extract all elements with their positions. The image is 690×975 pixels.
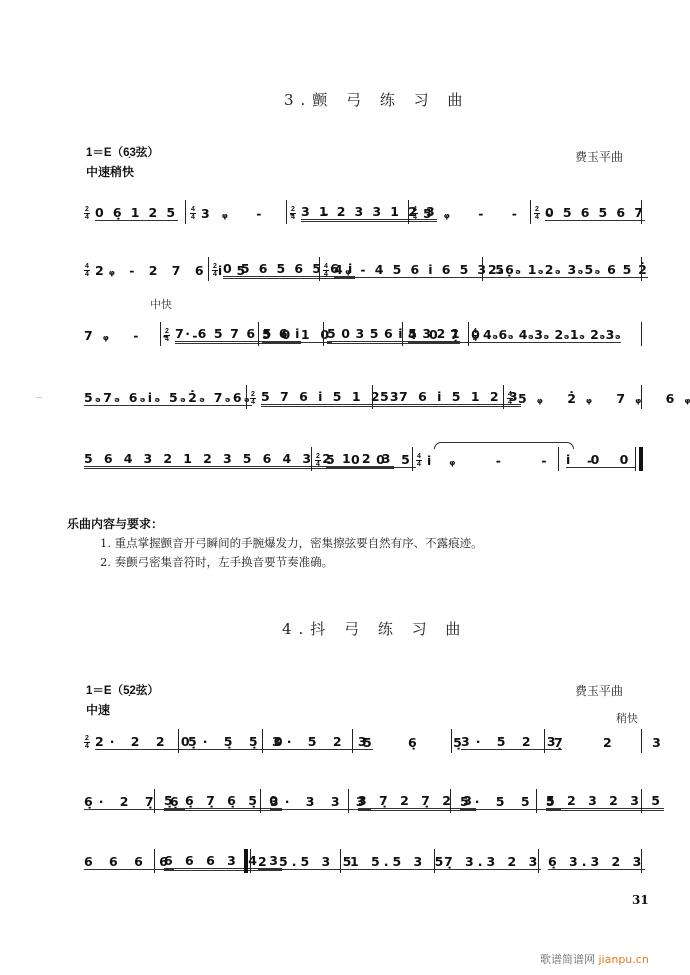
piece3-composer: 费玉平曲 [575,148,623,165]
notes: 0 5 6 5 6 7 [545,205,645,221]
barline [412,447,413,471]
notes: 3· 5 2 3 [461,734,562,750]
notes: 5 2 3 2 3 5 [546,793,664,811]
barline [451,729,452,753]
barline [538,849,539,873]
piece4-title: 4.抖 弓 练 习 曲 [282,618,467,639]
barline [402,322,403,346]
barline [154,849,155,873]
barline [154,789,155,813]
repeat-barline-thin [250,849,251,873]
time-signature: 24 [84,206,90,221]
notes: 5ₔ7ₔ 6ₔiₔ 5ₔ2̇ₔ 7ₔ6ₔ [84,390,252,406]
barline [536,789,537,813]
piece3-title: 3.颤 弓 练 习 曲 [284,89,469,110]
barline [468,322,469,346]
time-signature: 44 [416,453,422,468]
measure: i 0 0 [566,445,636,475]
notes: 4ᵩ - 4 5 6 i 6 5 3 5 [334,262,506,278]
piece3-line-3: 7ᵩ - - - 24 7· 6 5 7 6 5 6 i 5 0 1 0 5 0… [78,320,644,350]
barline [503,385,504,409]
tempo-change-marking: 稍快 [616,710,638,726]
barline [260,789,261,813]
time-signature: 44 [412,206,418,221]
barline [208,257,209,281]
barline [641,849,642,873]
barline [408,200,409,224]
time-signature: 44 [190,206,196,221]
barline [323,322,324,346]
notes: 5 0 1 0 [262,327,332,343]
barline [286,200,287,224]
notes: 5 0 0 5 [326,452,416,468]
time-signature: 24 [164,328,170,343]
barline [178,729,179,753]
final-barline-thick [639,447,643,471]
barline [372,385,373,409]
time-signature: 44 [507,391,513,406]
measure: 5 7 6 i 5 1 2 3 [380,383,521,413]
notes: 6̣ 3.3 2 3 [548,854,645,870]
barline [262,729,263,753]
watermark-url: jianpu.cn [599,953,649,966]
measure: 24 0 5 6 5 6 7 [534,198,645,228]
time-signature: 24 [534,206,540,221]
measure: 44 4ᵩ - 4 5 6 i 6 5 3 5 [323,255,506,285]
barline [340,849,341,873]
barline [482,257,483,281]
measure: 24 0 6̣ 1 2 5 [84,198,178,228]
notes: 5 7 6 i 5 1 2 3 [380,389,521,407]
margin-mark [36,397,42,398]
measure: 3· 5 2 3 [272,727,373,757]
measure: 44 5ᵩ 2̇ᵩ 7ᵩ 6ᵩ [507,383,690,413]
piece3-line-5: 5 6 4 3 2 1 2 3 5 6 4 3 2 1 2 3 24 5 0 0… [78,445,644,475]
notes: 3 7̣ 2 7̣ 2 3 [358,793,476,811]
notes: 0 6̣ 1 2 5 [95,205,178,221]
measure: 6 6 6 6 [84,847,174,877]
final-barline-thin [635,447,636,471]
page-number: 31 [632,893,649,907]
barline [530,200,531,224]
measure: 5̣ 6̣ 7̣ 6̣ 5̣ 0 [164,787,282,817]
barline [160,322,161,346]
time-signature: 44 [472,328,478,343]
piece3-key-signature: 1＝E（6̣3弦） [86,144,159,160]
piece4-key-signature: 1＝E（5̣2弦） [86,682,159,698]
barline [558,447,559,471]
piece3-line-4: 5ₔ7ₔ 6ₔiₔ 5ₔ2̇ₔ 7ₔ6ₔ 24 5 7 6 i 5 1 2 3 … [78,383,644,413]
measure: 5ₔ7ₔ 6ₔiₔ 5ₔ2̇ₔ 7ₔ6ₔ [84,383,252,413]
time-signature: 44 [84,263,90,278]
barline [258,322,259,346]
barline [641,385,642,409]
piece4-line-2: 6̣· 2 7̣ 6̣ 5̣ 6̣ 7̣ 6̣ 5̣ 0 3· 3 3 3 3 … [78,787,644,817]
requirement-item: 2. 奏颤弓密集音符时，左手换音要节奏准确。 [100,554,333,570]
measure: 7̣ 3.3 2 3 [444,847,541,877]
barline [641,789,642,813]
time-signature: 44 [323,263,329,278]
barline [246,385,247,409]
notes: 1 5.5 3 5 [350,854,447,870]
watermark: 歌谱简谱网 jianpu.cn [540,951,649,967]
piece4-line-3: 6 6 6 6 6 6 6 3 4 3 2 5.5 3 5 1 5.5 3 5 … [78,847,644,877]
watermark-cn: 歌谱简谱网 [540,953,595,966]
time-signature: 24 [250,391,256,406]
notes: 3· 3 3 3 [270,794,371,810]
piece3-line-2: 44 2ᵩ - 2 7 6 i 5 24 0 5 6 5 6 5 6 i 44 … [78,255,644,285]
barline [352,729,353,753]
notes: 6 6 6 6 [84,854,174,870]
barline [311,447,312,471]
time-signature: 24 [212,263,218,278]
time-signature: 24 [290,206,296,221]
time-signature: 24 [84,735,90,750]
notes: 2ₔ6̣ₔ 1ₔ2ₔ 3ₔ5ₔ 6 5 2̇ [488,262,648,278]
notes: 7̣ 3.3 2 3 [444,854,541,870]
barline [348,789,349,813]
notes: 4ₔ6ₔ 4ₔ3ₔ 2ₔ1ₔ 2ₔ3ₔ [483,327,621,343]
repeat-barline-thick [244,849,248,873]
piece3-line-1: 24 0 6̣ 1 2 5 44 3ᵩ - - - 24 3 1 2 3 3 1… [78,198,644,228]
barline [434,849,435,873]
tempo-change-marking: 中快 [150,296,172,312]
barline [185,200,186,224]
measure: 3 7̣ 2 7̣ 2 3 [358,787,476,817]
piece4-tempo-marking: 中速 [86,701,110,718]
barline [641,200,642,224]
barline [641,322,642,346]
notes: 2· 2 2 0 [95,734,196,750]
measure: 44 4ₔ6ₔ 4ₔ3ₔ 2ₔ1ₔ 2ₔ3ₔ [472,320,621,350]
barline [450,789,451,813]
requirement-item: 1. 重点掌握颤音开弓瞬间的手腕爆发力，密集擦弦要自然有序、不露痕迹。 [100,535,483,551]
measure: 5 2 3 2 3 5 [546,787,664,817]
measure: 5 0 1 0 [262,320,332,350]
notes: 5̣ 6̣ 7̣ 6̣ 5̣ 0 [164,793,282,811]
barline [641,257,642,281]
measure: 3· 5 2 3 [461,727,562,757]
measure: 1 5.5 3 5 [350,847,447,877]
measure: 7̣ 2 3 [554,727,679,757]
requirements-heading: 乐曲内容与要求： [67,515,163,532]
measure: 24 5 0 0 5 [315,445,416,475]
measure: 3· 3 3 3 [270,787,371,817]
piece4-line-1: 24 2· 2 2 0 5̣· 5̣ 5̣ 0 3· 5 2 3 5 6̣ 5̣… [78,727,644,757]
notes: 7̣ 2 3 [554,735,679,750]
time-signature: 24 [315,453,321,468]
measure: 2ₔ6̣ₔ 1ₔ2ₔ 3ₔ5ₔ 6 5 2̇ [488,255,648,285]
measure: 24 5 7 6 i 5 1 2 3 [250,383,402,413]
notes: i 0 0 [566,452,636,468]
barline [319,257,320,281]
piece3-tempo-marking: 中速稍快 [86,163,134,180]
measure: 6̣ 3.3 2 3 [548,847,645,877]
barline [544,729,545,753]
piece4-composer: 费玉平曲 [575,682,623,699]
notes: 5ᵩ 2̇ᵩ 7ᵩ 6ᵩ [518,391,690,406]
barline [641,729,642,753]
notes: 3· 5 2 3 [272,734,373,750]
